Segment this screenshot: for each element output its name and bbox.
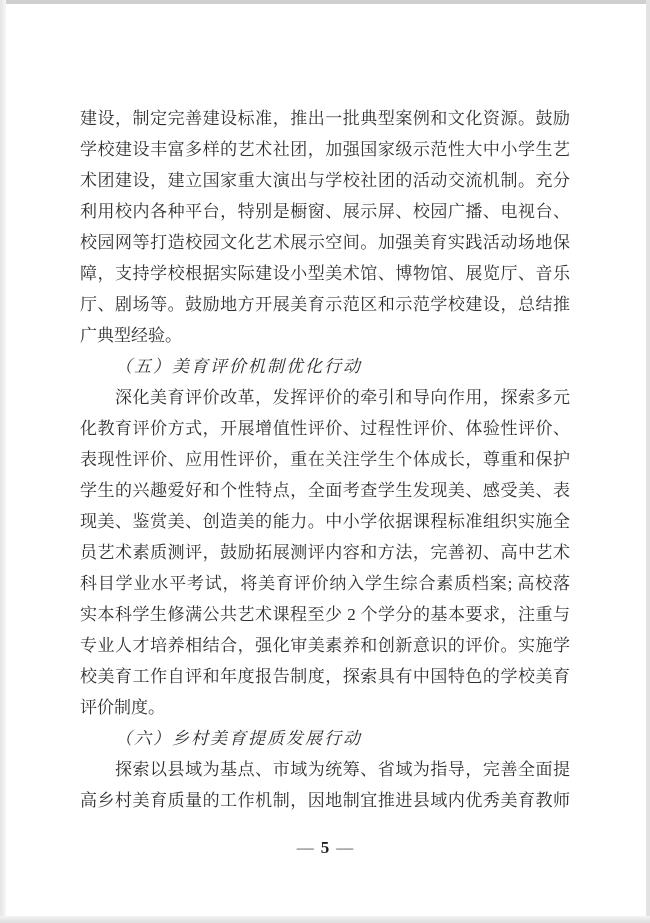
text-line: 利用校内各种平台，特别是橱窗、展示屏、校园广播、电视台、	[80, 196, 570, 227]
text-line: 员艺术素质测评，鼓励拓展测评内容和方法，完善初、高中艺术	[80, 537, 570, 568]
text-line: 表现性评价、应用性评价，重在关注学生个体成长，尊重和保护	[80, 444, 570, 475]
scan-edge-top	[0, 0, 650, 4]
section-heading-5: （五）美育评价机制优化行动	[80, 351, 570, 382]
page-number-dash-right: —	[336, 838, 353, 857]
text-line: 深化美育评价改革，发挥评价的牵引和导向作用，探索多元	[80, 382, 570, 413]
page-number-value: 5	[321, 838, 330, 857]
scan-edge-right	[646, 0, 650, 923]
text-line: 探索以县域为基点、市域为统筹、省域为指导，完善全面提	[80, 754, 570, 785]
text-line: 校园网等打造校园文化艺术展示空间。加强美育实践活动场地保	[80, 227, 570, 258]
text-line: 科目学业水平考试，将美育评价纳入学生综合素质档案; 高校落	[80, 568, 570, 599]
text-line: 学校建设丰富多样的艺术社团，加强国家级示范性大中小学生艺	[80, 134, 570, 165]
text-line: 化教育评价方式，开展增值性评价、过程性评价、体验性评价、	[80, 413, 570, 444]
text-line: 建设，制定完善建设标准，推出一批典型案例和文化资源。鼓励	[80, 103, 570, 134]
section-heading-6: （六）乡村美育提质发展行动	[80, 723, 570, 754]
text-line: 障，支持学校根据实际建设小型美术馆、博物馆、展览厅、音乐	[80, 258, 570, 289]
body-text: 建设，制定完善建设标准，推出一批典型案例和文化资源。鼓励 学校建设丰富多样的艺术…	[80, 103, 570, 816]
document-page: 建设，制定完善建设标准，推出一批典型案例和文化资源。鼓励 学校建设丰富多样的艺术…	[0, 0, 650, 923]
text-line: 专业人才培养相结合，强化审美素养和创新意识的评价。实施学	[80, 630, 570, 661]
text-line: 评价制度。	[80, 692, 570, 723]
text-line: 广典型经验。	[80, 320, 570, 351]
text-line: 校美育工作自评和年度报告制度，探索具有中国特色的学校美育	[80, 661, 570, 692]
text-line: 高乡村美育质量的工作机制，因地制宜推进县域内优秀美育教师	[80, 785, 570, 816]
page-number: —5—	[0, 836, 650, 860]
text-line: 现美、鉴赏美、创造美的能力。中小学依据课程标准组织实施全	[80, 506, 570, 537]
page-number-dash-left: —	[297, 838, 314, 857]
text-line: 实本科学生修满公共艺术课程至少 2 个学分的基本要求，注重与	[80, 599, 570, 630]
scan-edge-bottom	[0, 916, 650, 923]
scan-edge-left	[0, 0, 6, 923]
text-line: 术团建设，建立国家重大演出与学校社团的活动交流机制。充分	[80, 165, 570, 196]
text-line: 学生的兴趣爱好和个性特点，全面考查学生发现美、感受美、表	[80, 475, 570, 506]
text-line: 厅、剧场等。鼓励地方开展美育示范区和示范学校建设，总结推	[80, 289, 570, 320]
